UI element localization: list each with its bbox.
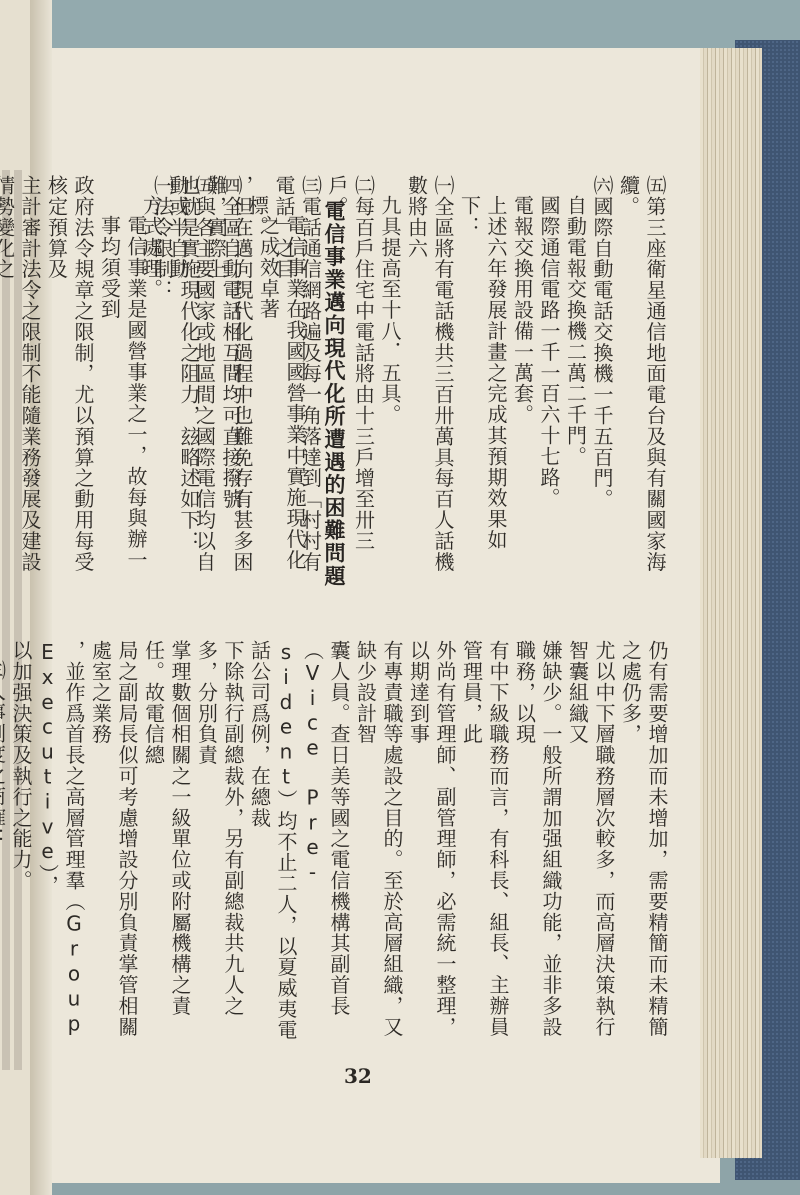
page-edges	[700, 48, 762, 1158]
text-line: 電信事業在我國國營事業中實施現代化之成效卓著	[255, 175, 308, 575]
text-line: 外尚有管理師、副管理師，必需統一整理，以期達到事	[405, 640, 458, 1050]
text-line: 尤以中下層職務層次較多，而高層決策執行智囊組織又	[564, 640, 617, 1050]
text-line: 自動電報交換機二萬二千門。	[562, 175, 589, 575]
text-line: 下除執行副總裁外，另有副總裁共九人之多，分別負責	[193, 640, 246, 1050]
page-number: 32	[344, 1064, 372, 1088]
top-list: ㈤第三座衛星通信地面電台及與有關國家海纜。 ㈥國際自動電話交換機一千五百門。 自…	[378, 175, 668, 575]
text-line: 國際通信電路一千一百六十七路。	[536, 175, 563, 575]
bottom-body: 仍有需要增加而未增加，需要精簡而未精簡之處仍多， 尤以中下層職務層次較多，而高層…	[58, 640, 670, 1050]
text-line: 有專責職等處設之目的。至於高層組織，又缺少設計智	[352, 640, 405, 1050]
text-line: 局之副局長似可考慮增設分別負責掌管相關處室之業務	[87, 640, 140, 1050]
text-line: sident）均不止二人，以夏威夷電話公司爲例，在總裁	[246, 640, 299, 1050]
text-line: ㈠全區將有電話機共三百卅萬具每百人話機數將由六	[403, 175, 456, 575]
section-heading: 電信事業邁向現代化所遭遇的困難問題	[320, 200, 348, 590]
text-line: 也就是實施現代化之阻力，玆略述如下：	[176, 175, 203, 575]
text-line: 掌理數個相關之一級單位或附屬機構之責任。故電信總	[140, 640, 193, 1050]
text-line: 電報交換用設備一萬套。	[509, 175, 536, 575]
subheading: ㈢人事制度之商榷：	[0, 640, 8, 1050]
text-line: ，但在邁向現代化過程中也難免存有甚多困難，實際上	[202, 175, 255, 575]
text-line: ㈤第三座衛星通信地面電台及與有關國家海纜。	[615, 175, 668, 575]
subheading: ㈠法令限制：	[149, 175, 176, 575]
text-line: 囊人員。查日美等國之電信機構其副首長（Vice Pre-	[299, 640, 352, 1050]
text-line: 嫌缺少。一般所謂加强組織功能，並非多設職務，以現	[511, 640, 564, 1050]
text-line: 上述六年發展計畫之完成其預期效果如下：	[456, 175, 509, 575]
text-line: ，並作爲首長之高層管理羣（Group Executive），	[34, 640, 87, 1050]
top-body: 電信事業在我國國營事業中實施現代化之成效卓著 ，但在邁向現代化過程中也難免存有甚…	[58, 175, 308, 575]
text-line: 有中下級職務而言，有科長、組長、主辦員管理員，此	[458, 640, 511, 1050]
text-line: 以加强決策及執行之能力。	[8, 640, 35, 1050]
text-line: 九具提高至十八．五具。	[377, 175, 404, 575]
text-line: 政府法令規章之限制，尤以預算之動用每受核定預算及	[43, 175, 96, 575]
text-line: ㈥國際自動電話交換機一千五百門。	[589, 175, 616, 575]
text-line: 仍有需要增加而未增加，需要精簡而未精簡之處仍多，	[617, 640, 670, 1050]
text-line: 主計審計法令之限制不能隨業務發展及建設情勢變化之	[0, 175, 43, 575]
text-line: 電信事業是國營事業之一，故每與辦一事均須受到	[96, 175, 149, 575]
